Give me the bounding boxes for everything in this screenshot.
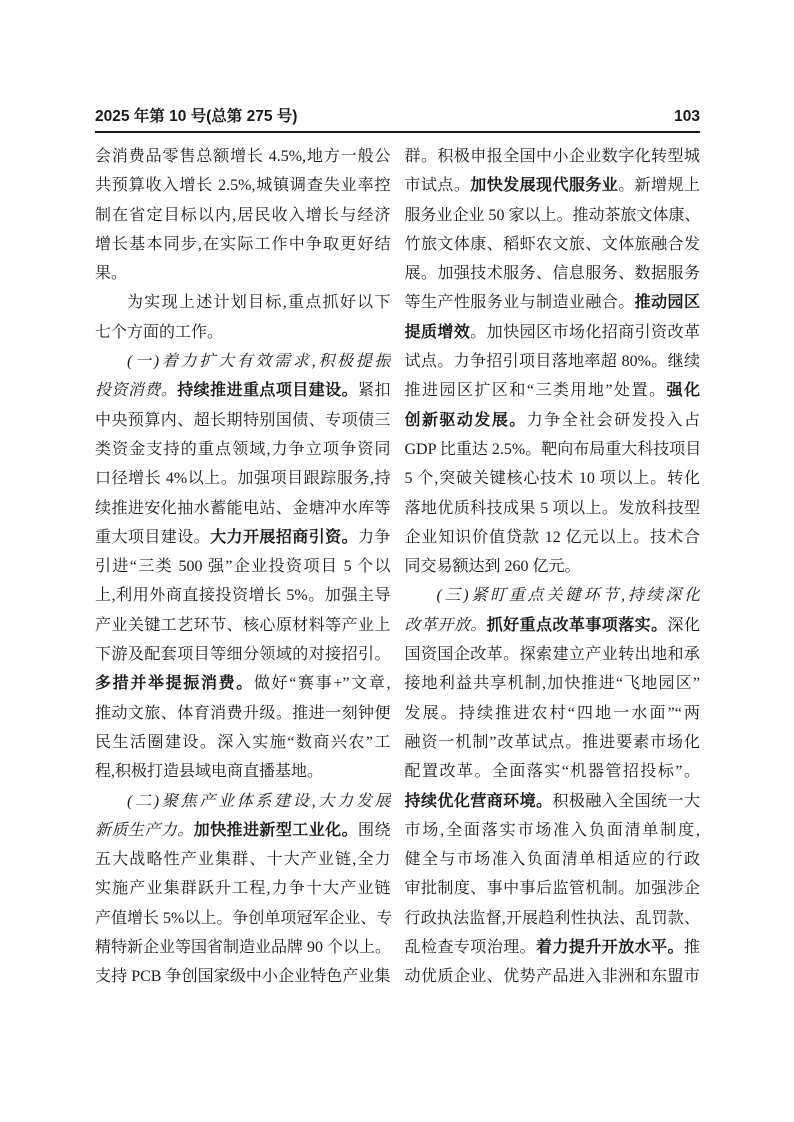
text-line: 接地利益共享机制,加快推进“飞地园区” xyxy=(405,669,701,698)
text-run: 审批制度、事中事后监管机制。加强涉企 xyxy=(405,880,701,897)
text-run: 紧扣 xyxy=(358,382,390,399)
text-run: 乱检查专项治理。 xyxy=(405,939,537,956)
text-line: 群。积极申报全国中小企业数字化转型城 xyxy=(405,142,701,171)
text-line: 创新驱动发展。力争全社会研发投入占 xyxy=(405,406,701,435)
text-line: 程,积极打造县域电商直播基地。 xyxy=(95,757,391,786)
text-run: 展。加强技术服务、信息服务、数据服务 xyxy=(405,265,701,282)
page-header: 2025 年第 10 号(总第 275 号) 103 xyxy=(95,106,700,133)
text-column-left: 会消费品零售总额增长 4.5%,地方一般公共预算收入增长 2.5%,城镇调查失业… xyxy=(95,142,391,992)
text-run: 推 xyxy=(684,939,700,956)
text-run: 口径增长 4%以上。加强项目跟踪服务,持 xyxy=(95,470,391,487)
bold-text-run: 推动园区 xyxy=(635,294,700,311)
text-line: 制在省定目标以内,居民收入增长与经济 xyxy=(95,201,391,230)
bold-text-run: 持续优化营商环境。 xyxy=(405,793,553,810)
text-run: 力争全社会研发投入占 xyxy=(527,412,700,429)
bold-text-run: 大力开展招商引资。 xyxy=(210,529,358,546)
text-run: 积极融入全国统一大 xyxy=(552,793,700,810)
text-line: 市试点。加快发展现代服务业。新增规上 xyxy=(405,171,701,200)
text-line: 服务业企业 50 家以上。推动茶旅文体康、 xyxy=(405,201,701,230)
text-line: 引进“三类 500 强”企业投资项目 5 个以 xyxy=(95,552,391,581)
text-columns: 会消费品零售总额增长 4.5%,地方一般公共预算收入增长 2.5%,城镇调查失业… xyxy=(95,142,700,992)
text-line: 产值增长 5%以上。争创单项冠军企业、专 xyxy=(95,904,391,933)
kaiti-text-run: (二)聚焦产业体系建设,大力发展 xyxy=(127,793,391,810)
text-line: 市场,全面落实市场准入负面清单制度, xyxy=(405,816,701,845)
text-line: 持续优化营商环境。积极融入全国统一大 xyxy=(405,787,701,816)
bold-text-run: 多措并举提振消费。 xyxy=(95,675,254,692)
text-line: 类资金支持的重点领域,力争立项争资同 xyxy=(95,435,391,464)
text-run: 实施产业集群跃升工程,力争十大产业链 xyxy=(95,880,391,897)
text-line: 上,利用外商直接投资增长 5%。加强主导 xyxy=(95,581,391,610)
text-line: 重大项目建设。大力开展招商引资。力争 xyxy=(95,523,391,552)
bold-text-run: 加快推进新型工业化。 xyxy=(194,822,358,839)
text-line: 5 个,突破关键核心技术 10 项以上。转化 xyxy=(405,464,701,493)
text-run: 配置改革。全面落实“机器管招投标”。 xyxy=(405,763,701,780)
kaiti-text-run: 改革开放。 xyxy=(405,617,487,634)
text-line: 共预算收入增长 2.5%,城镇调查失业率控 xyxy=(95,171,391,200)
text-run: 健全与市场准入负面清单相适应的行政 xyxy=(405,851,701,868)
text-line: 新质生产力。加快推进新型工业化。围绕 xyxy=(95,816,391,845)
text-run: 推进园区扩区和“三类用地”处置。 xyxy=(405,382,667,399)
text-line: 下游及配套项目等细分领域的对接招引。 xyxy=(95,640,391,669)
header-issue-label: 2025 年第 10 号(总第 275 号) xyxy=(95,106,297,128)
text-line: 动优质企业、优势产品进入非洲和东盟市 xyxy=(405,962,701,991)
text-line: 精特新企业等国省制造业品牌 90 个以上。 xyxy=(95,933,391,962)
text-run: 5 个,突破关键核心技术 10 项以上。转化 xyxy=(405,470,701,487)
text-run: 程,积极打造县域电商直播基地。 xyxy=(95,763,323,780)
text-line: (一)着力扩大有效需求,积极提振 xyxy=(95,347,391,376)
text-line: 果。 xyxy=(95,259,391,288)
text-line: 改革开放。抓好重点改革事项落实。深化 xyxy=(405,611,701,640)
text-run: 。新增规上 xyxy=(618,177,700,194)
text-line: 发展。持续推进农村“四地一水面”“两 xyxy=(405,699,701,728)
text-run: 力争 xyxy=(358,529,390,546)
text-run: 落地优质科技成果 5 项以上。发放科技型 xyxy=(405,500,701,517)
text-line: GDP 比重达 2.5%。靶向布局重大科技项目 xyxy=(405,435,701,464)
text-line: 续推进安化抽水蓄能电站、金塘冲水库等 xyxy=(95,494,391,523)
text-run: 增长基本同步,在实际工作中争取更好结 xyxy=(95,236,391,253)
text-line: 口径增长 4%以上。加强项目跟踪服务,持 xyxy=(95,464,391,493)
bold-text-run: 创新驱动发展。 xyxy=(405,412,527,429)
text-line: 行政执法监督,开展趋利性执法、乱罚款、 xyxy=(405,904,701,933)
text-run: 共预算收入增长 2.5%,城镇调查失业率控 xyxy=(95,177,391,194)
text-run: GDP 比重达 2.5%。靶向布局重大科技项目 xyxy=(405,441,701,458)
text-line: 配置改革。全面落实“机器管招投标”。 xyxy=(405,757,701,786)
text-run: 产业关键工艺环节、核心原材料等产业上 xyxy=(95,617,391,634)
text-run: 重大项目建设。 xyxy=(95,529,210,546)
kaiti-text-run: 投资消费。 xyxy=(95,382,177,399)
kaiti-text-run: 新质生产力。 xyxy=(95,822,194,839)
text-line: 民生活圈建设。深入实施“数商兴农”工 xyxy=(95,728,391,757)
text-line: 国资国企改革。探索建立产业转出地和承 xyxy=(405,640,701,669)
text-run: 竹旅文体康、稻虾农文旅、文体旅融合发 xyxy=(405,236,701,253)
text-run: 动优质企业、优势产品进入非洲和东盟市 xyxy=(405,968,701,985)
text-run: 续推进安化抽水蓄能电站、金塘冲水库等 xyxy=(95,500,391,517)
text-run: 为实现上述计划目标,重点抓好以下 xyxy=(127,294,391,311)
text-line: 产业关键工艺环节、核心原材料等产业上 xyxy=(95,611,391,640)
text-line: 同交易额达到 260 亿元。 xyxy=(405,552,701,581)
text-run: 果。 xyxy=(95,265,127,282)
text-line: 中央预算内、超长期特别国债、专项债三 xyxy=(95,406,391,435)
text-run: 融资一机制”改革试点。推进要素市场化 xyxy=(405,734,701,751)
text-run: 上,利用外商直接投资增长 5%。加强主导 xyxy=(95,587,391,604)
text-run: 下游及配套项目等细分领域的对接招引。 xyxy=(95,646,391,663)
text-line: 投资消费。持续推进重点项目建设。紧扣 xyxy=(95,376,391,405)
text-line: 会消费品零售总额增长 4.5%,地方一般公 xyxy=(95,142,391,171)
text-run: 会消费品零售总额增长 4.5%,地方一般公 xyxy=(95,148,391,165)
text-line: 实施产业集群跃升工程,力争十大产业链 xyxy=(95,874,391,903)
text-line: 试点。力争招引项目落地率超 80%。继续 xyxy=(405,347,701,376)
text-run: 深化 xyxy=(668,617,700,634)
text-line: 审批制度、事中事后监管机制。加强涉企 xyxy=(405,874,701,903)
text-run: 企业知识价值贷款 12 亿元以上。技术合 xyxy=(405,529,701,546)
bold-text-run: 提质增效 xyxy=(405,324,471,341)
text-run: 制在省定目标以内,居民收入增长与经济 xyxy=(95,207,391,224)
text-line: 为实现上述计划目标,重点抓好以下 xyxy=(95,288,391,317)
text-run: 精特新企业等国省制造业品牌 90 个以上。 xyxy=(95,939,391,956)
text-run: 国资国企改革。探索建立产业转出地和承 xyxy=(405,646,701,663)
text-run: 市场,全面落实市场准入负面清单制度, xyxy=(405,822,701,839)
text-line: (二)聚焦产业体系建设,大力发展 xyxy=(95,787,391,816)
text-run: 支持 PCB 争创国家级中小企业特色产业集 xyxy=(95,968,391,985)
gazette-page: 2025 年第 10 号(总第 275 号) 103 会消费品零售总额增长 4.… xyxy=(0,0,794,1122)
text-line: 等生产性服务业与制造业融合。推动园区 xyxy=(405,288,701,317)
bold-text-run: 抓好重点改革事项落实。 xyxy=(487,617,668,634)
text-line: 五大战略性产业集群、十大产业链,全力 xyxy=(95,845,391,874)
text-run: 行政执法监督,开展趋利性执法、乱罚款、 xyxy=(405,910,701,927)
text-line: 健全与市场准入负面清单相适应的行政 xyxy=(405,845,701,874)
text-line: 推进园区扩区和“三类用地”处置。强化 xyxy=(405,376,701,405)
text-line: 展。加强技术服务、信息服务、数据服务 xyxy=(405,259,701,288)
text-line: 推动文旅、体育消费升级。推进一刻钟便 xyxy=(95,699,391,728)
kaiti-text-run: (一)着力扩大有效需求,积极提振 xyxy=(127,353,391,370)
text-run: 中央预算内、超长期特别国债、专项债三 xyxy=(95,412,391,429)
text-column-right: 群。积极申报全国中小企业数字化转型城市试点。加快发展现代服务业。新增规上服务业企… xyxy=(405,142,701,992)
header-page-number: 103 xyxy=(674,106,700,128)
text-run: 。加快园区市场化招商引资改革 xyxy=(470,324,700,341)
text-run: 民生活圈建设。深入实施“数商兴农”工 xyxy=(95,734,391,751)
text-line: 多措并举提振消费。做好“赛事+”文章, xyxy=(95,669,391,698)
text-run: 服务业企业 50 家以上。推动茶旅文体康、 xyxy=(405,207,701,224)
bold-text-run: 加快发展现代服务业 xyxy=(470,177,618,194)
text-run: 推动文旅、体育消费升级。推进一刻钟便 xyxy=(95,705,391,722)
text-line: 融资一机制”改革试点。推进要素市场化 xyxy=(405,728,701,757)
text-run: 七个方面的工作。 xyxy=(95,324,223,341)
bold-text-run: 着力提升开放水平。 xyxy=(536,939,684,956)
text-line: 企业知识价值贷款 12 亿元以上。技术合 xyxy=(405,523,701,552)
text-line: 支持 PCB 争创国家级中小企业特色产业集 xyxy=(95,962,391,991)
text-line: 竹旅文体康、稻虾农文旅、文体旅融合发 xyxy=(405,230,701,259)
text-line: 提质增效。加快园区市场化招商引资改革 xyxy=(405,318,701,347)
text-run: 试点。力争招引项目落地率超 80%。继续 xyxy=(405,353,701,370)
text-line: 乱检查专项治理。着力提升开放水平。推 xyxy=(405,933,701,962)
bold-text-run: 持续推进重点项目建设。 xyxy=(177,382,358,399)
text-run: 五大战略性产业集群、十大产业链,全力 xyxy=(95,851,391,868)
text-line: 增长基本同步,在实际工作中争取更好结 xyxy=(95,230,391,259)
text-run: 同交易额达到 260 亿元。 xyxy=(405,558,581,575)
text-line: 七个方面的工作。 xyxy=(95,318,391,347)
kaiti-text-run: (三)紧盯重点关键环节,持续深化 xyxy=(437,587,701,604)
text-run: 等生产性服务业与制造业融合。 xyxy=(405,294,635,311)
text-run: 发展。持续推进农村“四地一水面”“两 xyxy=(405,705,701,722)
text-line: (三)紧盯重点关键环节,持续深化 xyxy=(405,581,701,610)
text-run: 市试点。 xyxy=(405,177,471,194)
text-line: 落地优质科技成果 5 项以上。发放科技型 xyxy=(405,494,701,523)
text-run: 引进“三类 500 强”企业投资项目 5 个以 xyxy=(95,558,391,575)
text-run: 群。积极申报全国中小企业数字化转型城 xyxy=(405,148,701,165)
bold-text-run: 强化 xyxy=(666,382,700,399)
text-run: 类资金支持的重点领域,力争立项争资同 xyxy=(95,441,391,458)
page-content: 2025 年第 10 号(总第 275 号) 103 会消费品零售总额增长 4.… xyxy=(0,0,794,992)
text-run: 做好“赛事+”文章, xyxy=(254,675,391,692)
text-run: 产值增长 5%以上。争创单项冠军企业、专 xyxy=(95,910,391,927)
text-run: 接地利益共享机制,加快推进“飞地园区” xyxy=(405,675,701,692)
text-run: 围绕 xyxy=(358,822,390,839)
